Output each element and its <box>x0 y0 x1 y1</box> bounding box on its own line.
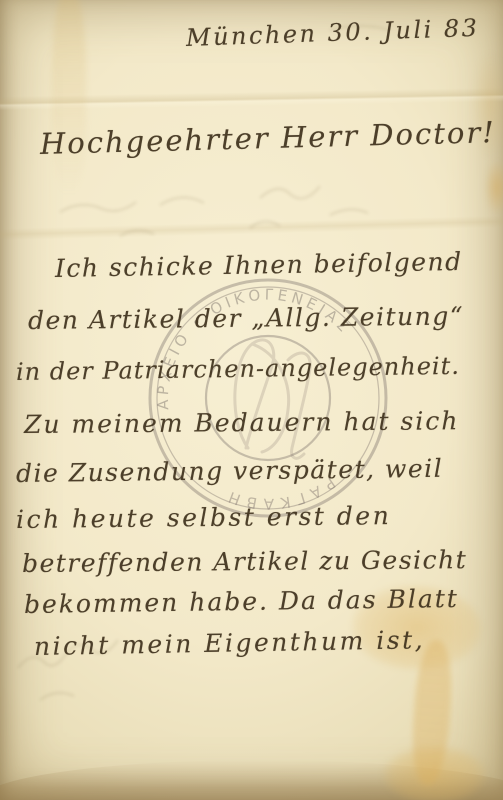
handwriting-line: ich heute selbst erst den <box>16 501 392 534</box>
handwriting-line: in der Patriarchen-angelegenheit. <box>16 352 460 386</box>
paper-crease <box>0 760 503 800</box>
salutation: Hochgeehrter Herr Doctor! <box>40 115 497 161</box>
handwriting-line: bekommen habe. Da das Blatt <box>24 584 459 619</box>
stain <box>382 745 487 800</box>
stain <box>484 160 503 215</box>
stain <box>409 639 455 786</box>
letter-page: ΑΡΧΕΙΟ • ΟΙΚΟΓΕΝΕΙΑΣ ΡΑΓΚΑΒΗ München 30.… <box>0 0 503 800</box>
handwriting-line: Ich schicke Ihnen beifolgend <box>55 247 463 283</box>
handwriting-line: den Artikel der „Allg. Zeitung“ <box>28 301 464 335</box>
handwriting-line: nicht mein Eigenthum ist, <box>34 625 426 661</box>
handwriting-line: Zu meinem Bedauern hat sich <box>24 406 460 439</box>
stain <box>52 0 86 195</box>
handwriting-line: betreffenden Artikel zu Gesicht <box>22 545 467 578</box>
handwriting-line: die Zusendung verspätet, weil <box>16 454 443 488</box>
paper-crease <box>0 215 503 240</box>
paper-crease <box>0 88 503 111</box>
dateline: München 30. Juli 83 <box>186 14 480 52</box>
